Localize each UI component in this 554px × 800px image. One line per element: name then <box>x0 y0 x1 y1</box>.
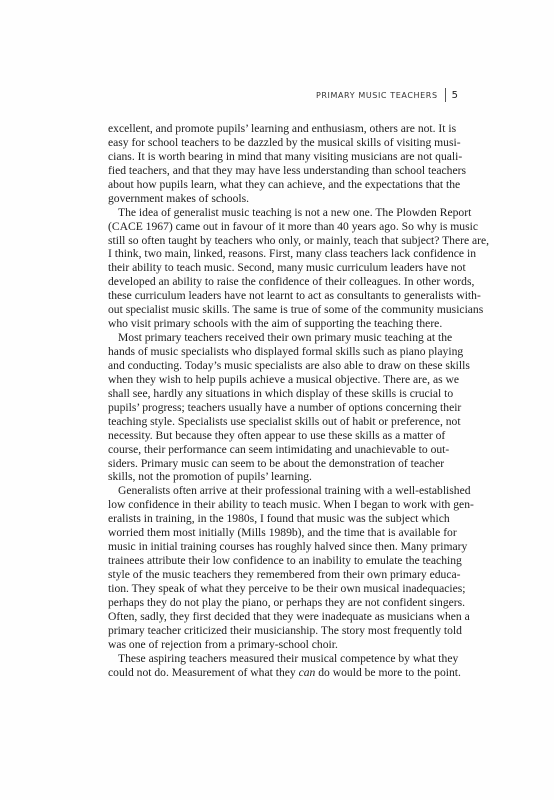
text-line: about how pupils learn, what they can ac… <box>108 178 442 192</box>
text-line: trainees attribute their low confidence … <box>108 554 442 568</box>
paragraph: excellent, and promote pupils’ learning … <box>108 122 442 206</box>
text-line: hands of music specialists who displayed… <box>108 345 442 359</box>
text-line: and conducting. Today’s music specialist… <box>108 359 442 373</box>
text-line: Most primary teachers received their own… <box>108 331 442 345</box>
text-line: These aspiring teachers measured their m… <box>108 652 442 666</box>
text-line: primary teacher criticized their musicia… <box>108 624 442 638</box>
text-line: was one of rejection from a primary-scho… <box>108 638 442 652</box>
text-line: eralists in training, in the 1980s, I fo… <box>108 512 442 526</box>
text-line: skills, not the promotion of pupils’ lea… <box>108 470 442 484</box>
book-page: PRIMARY MUSIC TEACHERS 5 excellent, and … <box>0 0 554 800</box>
text-line: their ability to teach music. Second, ma… <box>108 261 442 275</box>
text-line: worried them most initially (Mills 1989b… <box>108 526 442 540</box>
text-line: tion. They speak of what they perceive t… <box>108 582 442 596</box>
text-line: pupils’ progress; teachers usually have … <box>108 401 442 415</box>
text-line: who visit primary schools with the aim o… <box>108 317 442 331</box>
text-line: cians. It is worth bearing in mind that … <box>108 150 442 164</box>
running-title: PRIMARY MUSIC TEACHERS <box>316 91 438 100</box>
text-line: Generalists often arrive at their profes… <box>108 484 442 498</box>
text-run: do would be more to the point. <box>315 666 461 679</box>
text-line: necessity. But because they often appear… <box>108 429 442 443</box>
text-line: could not do. Measurement of what they c… <box>108 666 442 680</box>
page-number: 5 <box>452 90 458 101</box>
text-line: easy for school teachers to be dazzled b… <box>108 136 442 150</box>
text-line: these curriculum leaders have not learnt… <box>108 289 442 303</box>
text-line: shall see, hardly any situations in whic… <box>108 387 442 401</box>
text-line: government makes of schools. <box>108 192 442 206</box>
paragraph: These aspiring teachers measured their m… <box>108 652 442 680</box>
paragraph: Generalists often arrive at their profes… <box>108 484 442 651</box>
text-line: teaching style. Specialists use speciali… <box>108 415 442 429</box>
text-line: low confidence in their ability to teach… <box>108 498 442 512</box>
running-header: PRIMARY MUSIC TEACHERS 5 <box>316 88 458 102</box>
text-line: The idea of generalist music teaching is… <box>108 206 442 220</box>
text-line: still so often taught by teachers who on… <box>108 234 442 248</box>
header-divider <box>445 88 446 102</box>
emphasis-text: can <box>299 666 316 679</box>
text-run: could not do. Measurement of what they <box>108 666 299 679</box>
paragraph: Most primary teachers received their own… <box>108 331 442 484</box>
text-line: Often, sadly, they first decided that th… <box>108 610 442 624</box>
paragraph: The idea of generalist music teaching is… <box>108 206 442 331</box>
text-line: course, their performance can seem intim… <box>108 443 442 457</box>
text-line: siders. Primary music can seem to be abo… <box>108 457 442 471</box>
text-line: perhaps they do not play the piano, or p… <box>108 596 442 610</box>
text-line: out specialist music skills. The same is… <box>108 303 442 317</box>
text-line: music in initial training courses has ro… <box>108 540 442 554</box>
text-line: fied teachers, and that they may have le… <box>108 164 442 178</box>
body-text: excellent, and promote pupils’ learning … <box>108 122 442 680</box>
text-line: style of the music teachers they remembe… <box>108 568 442 582</box>
text-line: when they wish to help pupils achieve a … <box>108 373 442 387</box>
text-line: developed an ability to raise the confid… <box>108 275 442 289</box>
text-line: excellent, and promote pupils’ learning … <box>108 122 442 136</box>
text-line: I think, two main, linked, reasons. Firs… <box>108 247 442 261</box>
text-line: (CACE 1967) came out in favour of it mor… <box>108 220 442 234</box>
